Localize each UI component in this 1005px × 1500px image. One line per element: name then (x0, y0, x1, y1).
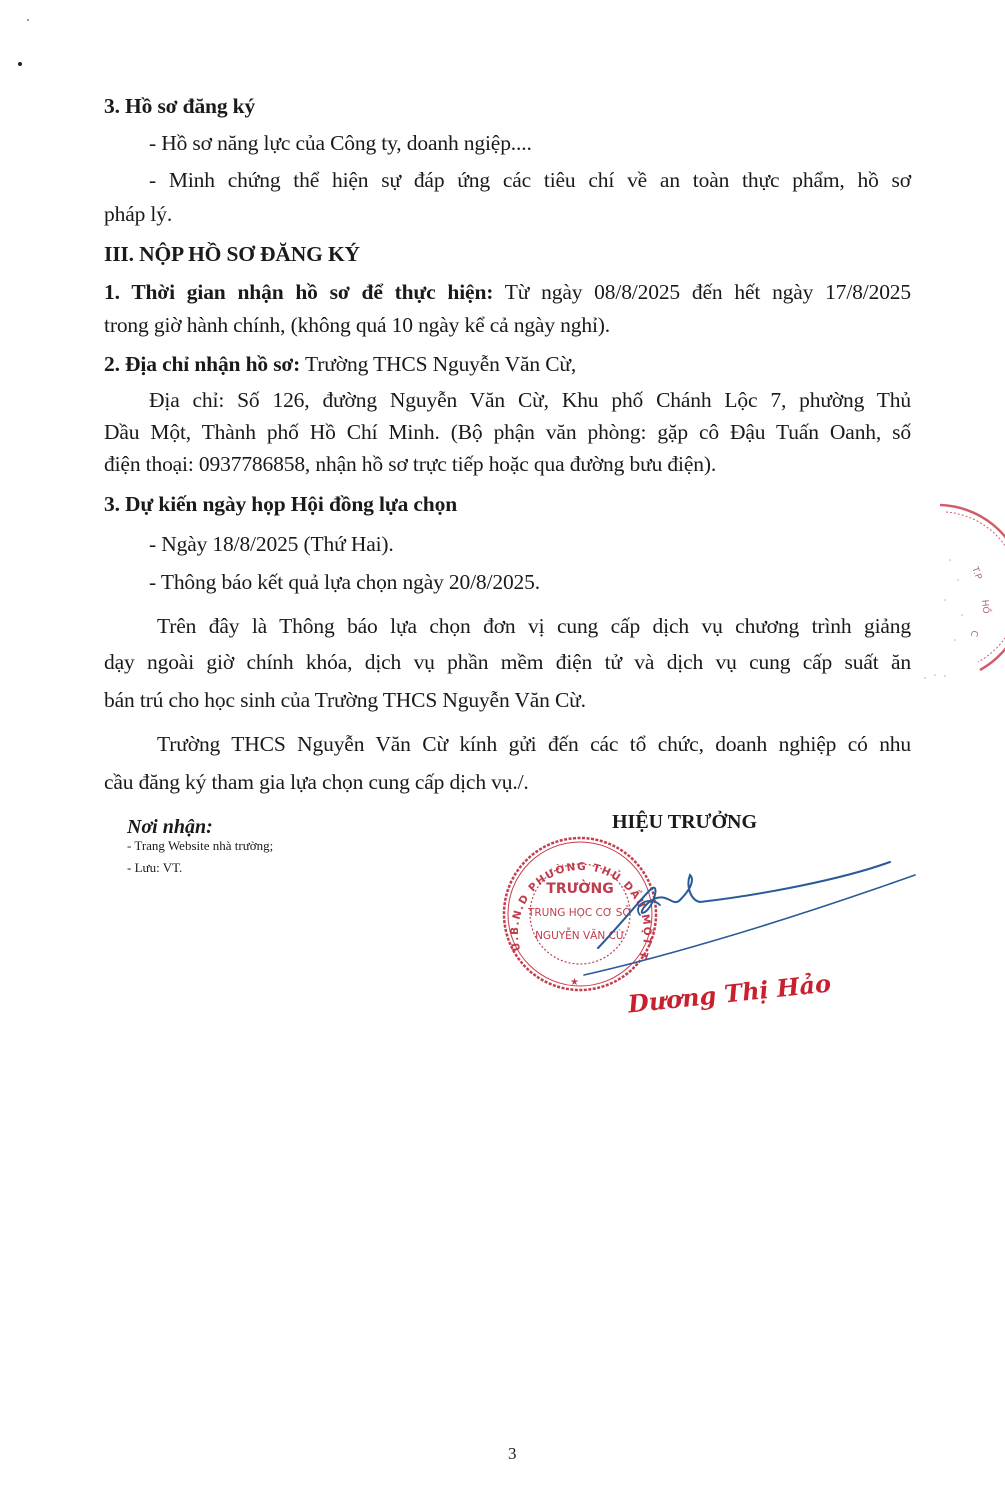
item-1-line-2: trong giờ hành chính, (không quá 10 ngày… (104, 311, 610, 339)
scan-artifact-dot (27, 19, 29, 21)
section-3-item-continuation: pháp lý. (104, 200, 172, 228)
item-1-text: Từ ngày 08/8/2025 đến hết ngày 17/8/2025 (493, 280, 911, 304)
svg-text:TRUNG HỌC CƠ SỞ: TRUNG HỌC CƠ SỞ (527, 905, 632, 919)
closing-paragraph-2-line: cầu đăng ký tham gia lựa chọn cung cấp d… (104, 768, 529, 796)
svg-text:Dương Thị Hảo: Dương Thị Hảo (625, 968, 832, 1018)
item-1-label: 1. Thời gian nhận hồ sơ để thực hiện: (104, 280, 493, 304)
item-3-label: 3. Dự kiến ngày họp Hội đồng lựa chọn (104, 490, 457, 518)
svg-text:TRƯỜNG: TRƯỜNG (546, 879, 613, 897)
part-III-heading: III. NỘP HỒ SƠ ĐĂNG KÝ (104, 240, 360, 268)
closing-paragraph-2-line: Trường THCS Nguyễn Văn Cừ kính gửi đến c… (157, 730, 911, 758)
item-3-bullet: - Thông báo kết quả lựa chọn ngày 20/8/2… (149, 568, 540, 596)
svg-text:★: ★ (570, 977, 579, 988)
handwritten-signature (584, 862, 915, 975)
recipients-item: - Trang Website nhà trường; (127, 838, 273, 854)
item-2-line: 2. Địa chỉ nhận hồ sơ: Trường THCS Nguyễ… (104, 350, 576, 378)
closing-paragraph-1-line: dạy ngoài giờ chính khóa, dịch vụ phần m… (104, 648, 911, 676)
section-3-item: - Minh chứng thể hiện sự đáp ứng các tiê… (149, 166, 911, 194)
item-2-address-line-2: Dầu Một, Thành phố Hồ Chí Minh. (Bộ phận… (104, 418, 911, 446)
closing-paragraph-1-line: bán trú cho học sinh của Trường THCS Ngu… (104, 686, 586, 714)
item-2-address-line-3: điện thoại: 0937786858, nhận hồ sơ trực … (104, 450, 716, 478)
item-2-address-line-1: Địa chỉ: Số 126, đường Nguyễn Văn Cừ, Kh… (149, 386, 911, 414)
item-2-label: 2. Địa chỉ nhận hồ sơ: (104, 352, 300, 376)
closing-paragraph-1-line: Trên đây là Thông báo lựa chọn đơn vị cu… (157, 612, 911, 640)
signature-title: HIỆU TRƯỞNG (612, 810, 757, 834)
item-1-line-1: 1. Thời gian nhận hồ sơ để thực hiện: Từ… (104, 278, 911, 306)
svg-text:T.P: T.P (969, 565, 983, 582)
scan-artifact-dot (18, 62, 22, 66)
svg-text:HỒ: HỒ (979, 599, 993, 614)
svg-text:C: C (968, 629, 979, 637)
item-2-text: Trường THCS Nguyễn Văn Cừ, (300, 352, 576, 376)
section-3-item: - Hồ sơ năng lực của Công ty, doanh ngiệ… (149, 129, 532, 157)
item-3-bullet: - Ngày 18/8/2025 (Thứ Hai). (149, 530, 394, 558)
recipients-title: Nơi nhận: (127, 815, 213, 839)
svg-text:NGUYỄN VĂN CỪ: NGUYỄN VĂN CỪ (535, 927, 625, 942)
page-number: 3 (508, 1444, 517, 1464)
recipients-item: - Lưu: VT. (127, 860, 182, 876)
document-page: 3. Hồ sơ đăng ký - Hồ sơ năng lực của Cô… (0, 0, 1005, 1500)
section-3-heading: 3. Hồ sơ đăng ký (104, 92, 255, 120)
